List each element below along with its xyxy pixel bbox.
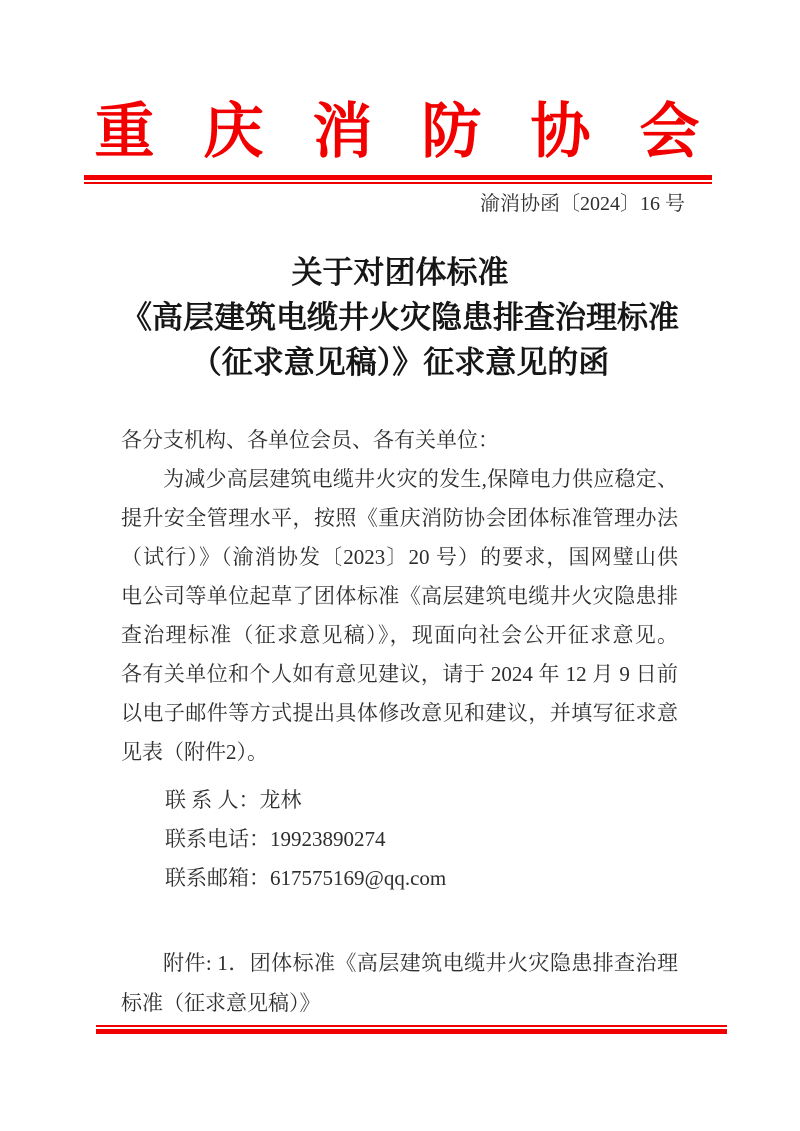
letterhead-org-title: 重 庆 消 防 协 会	[0, 96, 800, 168]
attachment-line-1: 附件: 1．团体标准《高层建筑电缆井火灾隐患排查治理	[121, 943, 678, 983]
body-line: 以电子邮件等方式提出具体修改意见和建议，并填写征求意	[121, 694, 678, 733]
doc-number: 渝消协函〔2024〕16 号	[121, 190, 685, 218]
letterhead-double-rule	[84, 175, 712, 184]
document-title-line-3: （征求意见稿）》征求意见的函	[60, 340, 740, 385]
attachment-note: 附件: 1．团体标准《高层建筑电缆井火灾隐患排查治理 标准（征求意见稿）》	[121, 943, 678, 1023]
salutation-line: 各分支机构、各单位会员、各有关单位：	[121, 421, 678, 460]
body-line: （试行）》（渝消协发〔2023〕20 号）的要求，国网璧山供	[121, 538, 678, 577]
contact-person-line: 联 系 人：龙林	[165, 781, 678, 820]
body-line: 查治理标准（征求意见稿）》，现面向社会公开征求意见。	[121, 616, 678, 655]
document-title-line-2: 《高层建筑电缆井火灾隐患排查治理标准	[60, 295, 740, 340]
contact-phone-line: 联系电话：19923890274	[165, 820, 678, 859]
rule-thick-bar	[96, 1029, 727, 1034]
body-line: 提升安全管理水平，按照《重庆消防协会团体标准管理办法	[121, 499, 678, 538]
body-line: 见表（附件2）。	[121, 733, 678, 772]
document-title: 关于对团体标准 《高层建筑电缆井火灾隐患排查治理标准 （征求意见稿）》征求意见的…	[60, 250, 740, 385]
body-text: 各分支机构、各单位会员、各有关单位： 为减少高层建筑电缆井火灾的发生,保障电力供…	[121, 421, 678, 772]
contact-email-line: 联系邮箱：617575169@qq.com	[165, 859, 678, 898]
document-title-line-1: 关于对团体标准	[60, 250, 740, 295]
body-line: 各有关单位和个人如有意见建议，请于 2024 年 12 月 9 日前	[121, 655, 678, 694]
body-line: 电公司等单位起草了团体标准《高层建筑电缆井火灾隐患排	[121, 577, 678, 616]
body-line: 为减少高层建筑电缆井火灾的发生,保障电力供应稳定、	[121, 460, 678, 499]
attachment-line-2: 标准（征求意见稿）》	[121, 983, 678, 1023]
contact-info: 联 系 人：龙林 联系电话：19923890274 联系邮箱：617575169…	[165, 781, 678, 898]
footer-double-rule	[96, 1025, 727, 1034]
rule-thin-bar	[84, 182, 712, 184]
document-page: 重 庆 消 防 协 会 渝消协函〔2024〕16 号 关于对团体标准 《高层建筑…	[0, 0, 800, 1131]
